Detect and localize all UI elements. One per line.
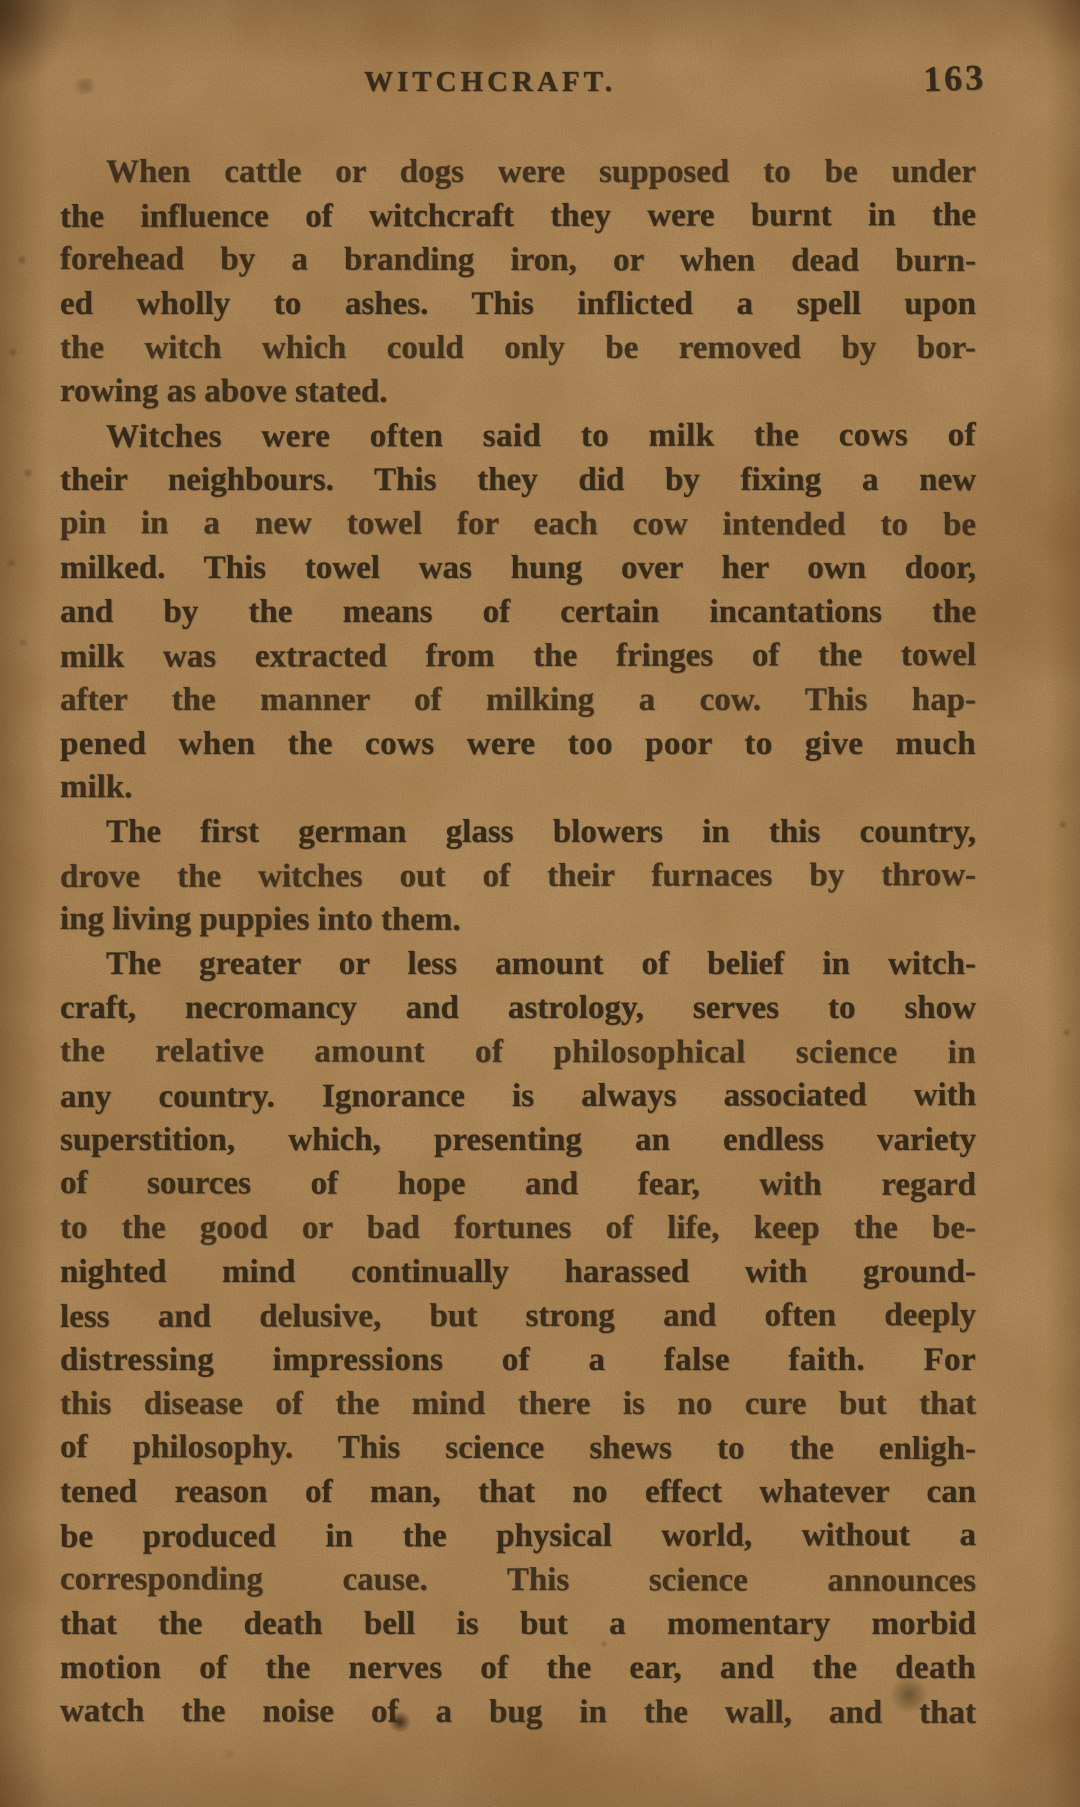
text-line: milk was extracted from the fringes of t… [60, 633, 976, 679]
text-line: craft, necromancy and astrology, serves … [60, 986, 976, 1030]
text-line: forehead by a branding iron, or when dea… [60, 237, 976, 283]
text-line: milked. This towel was hung over her own… [60, 546, 976, 590]
text-line: be produced in the physical world, witho… [60, 1513, 976, 1559]
printed-ink-layer: WITCHCRAFT. 163 When cattle or dogs were… [0, 0, 1080, 1807]
running-head-title: WITCHCRAFT. [0, 66, 980, 99]
text-line: superstition, which, presenting an endle… [60, 1118, 976, 1162]
text-line: to the good or bad fortunes of life, kee… [60, 1206, 976, 1250]
text-line: of philosophy. This science shews to the… [60, 1425, 976, 1471]
book-page: WITCHCRAFT. 163 When cattle or dogs were… [0, 0, 1080, 1807]
text-line: milk. [60, 765, 976, 811]
text-line: pened when the cows were too poor to giv… [60, 722, 976, 766]
text-line: the relative amount of philosophical sci… [60, 1029, 976, 1075]
text-line: any country. Ignorance is always associa… [60, 1073, 976, 1119]
text-line: tened reason of man, that no effect what… [60, 1470, 976, 1514]
text-line: watch the noise of a bug in the wall, an… [60, 1689, 976, 1735]
text-line: this disease of the mind there is no cur… [60, 1382, 976, 1426]
text-line: rowing as above stated. [60, 369, 976, 415]
text-line: that the death bell is but a momentary m… [60, 1602, 976, 1646]
text-line: The first german glass blowers in this c… [60, 810, 976, 854]
page-number: 163 [922, 56, 986, 100]
text-line: drove the witches out of their furnaces … [60, 853, 976, 899]
text-line: less and delusive, but strong and often … [60, 1293, 976, 1339]
text-line: the influence of witchcraft they were bu… [60, 193, 976, 239]
text-line: their neighbours. This they did by fixin… [60, 458, 976, 502]
text-line: When cattle or dogs were supposed to be … [60, 150, 976, 194]
text-line: after the manner of milking a cow. This … [60, 678, 976, 722]
text-line: the witch which could only be removed by… [60, 326, 976, 370]
text-line: nighted mind continually harassed with g… [60, 1250, 976, 1294]
text-line: distressing impressions of a false faith… [60, 1338, 976, 1382]
text-line: ing living puppies into them. [60, 897, 976, 943]
text-line: corresponding cause. This science announ… [60, 1557, 976, 1603]
text-line: ed wholly to ashes. This inflicted a spe… [60, 282, 976, 326]
text-line: and by the means of certain incantations… [60, 590, 976, 634]
text-line: pin in a new towel for each cow intended… [60, 501, 976, 547]
text-line: motion of the nerves of the ear, and the… [60, 1646, 976, 1690]
text-line: of sources of hope and fear, with regard [60, 1161, 976, 1207]
text-block: When cattle or dogs were supposed to be … [60, 150, 976, 1734]
text-line: The greater or less amount of belief in … [60, 942, 976, 986]
text-line: Witches were often said to milk the cows… [60, 413, 976, 459]
